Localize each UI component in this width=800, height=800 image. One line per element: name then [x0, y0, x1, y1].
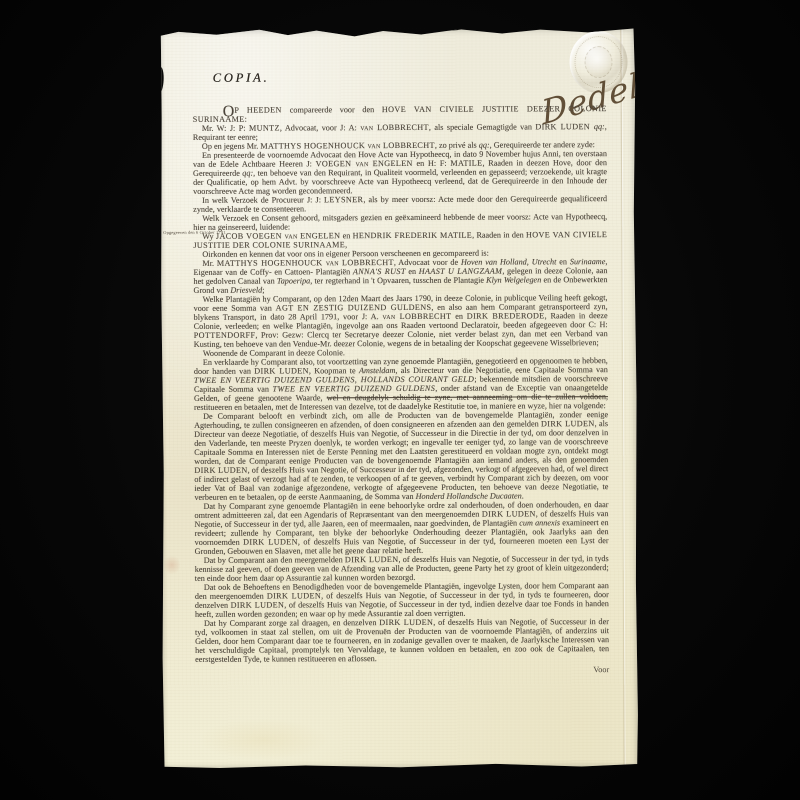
paragraph: In welk Verzoek de Procureur J: J: LEYSN…	[193, 194, 607, 214]
text-segment: MATTHYS HOGENHOUCK	[260, 141, 367, 150]
text-segment: DIRK LUDEN	[345, 555, 399, 564]
text-segment: , Koopman te	[309, 366, 359, 375]
text-segment: Mr. W: J: P:	[202, 124, 249, 133]
text-segment: DIRK LUDEN	[231, 601, 285, 610]
text-segment: Op en jegens Mr.	[202, 142, 260, 151]
text-segment: , ter regterhand in 't Opvaaren, tussche…	[310, 276, 486, 286]
text-segment: en	[406, 267, 419, 276]
paragraph: Mr. MATTHYS HOGENHOUCK van LOBBRECHT, Ad…	[193, 257, 607, 295]
text-segment: DIRK LUDEN	[535, 122, 594, 131]
text-segment: Amsteldam	[359, 366, 395, 375]
text-segment: , of deszelfs Huis van Negotie, of Succe…	[194, 464, 608, 502]
text-segment: van	[355, 159, 372, 168]
text-segment: Klyn Welgelegen	[486, 275, 541, 284]
text-segment: Hoven van Holland, Utrecht	[461, 257, 556, 266]
text-segment: cum annexis	[519, 518, 560, 527]
text-segment: LOBBRECHT	[400, 312, 452, 321]
text-segment: MUNTZ	[249, 124, 280, 133]
text-segment: compareerde voor den	[290, 105, 382, 114]
text-segment: DIRK LUDEN	[379, 618, 433, 627]
text-segment: HENDRIK FREDERIK MATILE	[353, 231, 473, 241]
text-segment: LOBBRECHT	[377, 123, 429, 132]
text-segment: LOBBRECHT	[342, 258, 394, 267]
text-segment: DIRK LUDEN	[541, 419, 595, 428]
text-segment: HAAST U LANGZAAM	[419, 267, 503, 276]
text-segment: Welk Verzoek en Consent gehoord, mitsgad…	[193, 212, 607, 232]
paper-stain	[198, 718, 328, 761]
paragraph: OP HEEDEN compareerde voor den HOVE VAN …	[193, 104, 607, 124]
text-segment: Honderd Hollandsche Ducaaten	[416, 491, 522, 500]
text-segment: van	[326, 258, 342, 267]
paragraph: Welk Verzoek en Consent gehoord, mitsgad…	[193, 212, 607, 232]
text-segment: en	[451, 312, 466, 321]
paragraph: En presenteerde de voornoemde Advocaat d…	[193, 149, 607, 196]
text-segment: LEYSNER	[324, 195, 363, 204]
text-segment: DIRK LUDEN	[194, 466, 247, 475]
paragraph: De Comparant belooft en verbindt zich, o…	[194, 410, 608, 502]
text-segment: Mr.	[202, 259, 217, 268]
text-segment: DIRK LUDEN	[482, 509, 536, 518]
text-segment: ENGELEN	[300, 231, 340, 240]
text-segment: POTTENDORFF	[194, 331, 256, 340]
text-segment: P HEEDEN	[234, 105, 290, 114]
text-segment: DIRK BREDERODE	[467, 311, 545, 320]
paragraph: En verklaarde hy Comparant also, tot voo…	[194, 356, 608, 412]
paragraph: Dat by Comparant aan den meergemelden DI…	[195, 554, 609, 583]
paragraph: Welke Plantagiën hy Comparant, op den 12…	[194, 293, 608, 349]
text-segment: JACOB VOEGEN	[216, 231, 285, 240]
paragraph: Wy JACOB VOEGEN van ENGELEN en HENDRIK F…	[193, 230, 607, 250]
paragraph: Dat ook de Behoeftens en Benodigdheden v…	[195, 581, 609, 619]
text-segment: ;	[262, 286, 264, 295]
text-segment: Driesveld	[230, 286, 262, 295]
photo-stage: COPIA. Dedel Opgegeeven den 6 October 17…	[0, 0, 800, 800]
text-segment: DIRK LUDEN	[243, 537, 298, 546]
text-segment: en	[556, 257, 570, 266]
paper-stain	[164, 554, 180, 576]
text-segment: van	[284, 231, 300, 240]
text-segment: en H: F:	[413, 159, 451, 168]
text-segment: DIRK LUDEN	[254, 366, 309, 375]
text-segment: , Advocaat voor de	[394, 258, 461, 267]
text-segment: van	[382, 312, 399, 321]
text-segment: , Gerequireerde ter andere zyde:	[490, 140, 595, 149]
text-segment: , Prov: Gezw: Clercq ter Secretarye deez…	[194, 329, 608, 349]
text-segment: en	[340, 231, 352, 240]
text-segment: , ten behoeve van den Requirant, in Qual…	[193, 167, 607, 196]
paragraph: Dat hy Comparant zorge zal draagen, en d…	[195, 617, 609, 664]
document-body: OP HEEDEN compareerde voor den HOVE VAN …	[193, 104, 609, 664]
paper-crease	[620, 27, 624, 767]
text-segment: van	[368, 141, 384, 150]
text-segment: VOEGEN	[316, 159, 356, 168]
text-segment: MATILE	[450, 159, 482, 168]
text-segment: MATTHYS HOGENHOUCK	[217, 258, 326, 267]
text-segment: , zo privé als	[435, 141, 479, 150]
text-segment: LOBBRECHT	[383, 141, 435, 150]
text-segment: qq:	[479, 141, 490, 150]
paper-tear	[156, 67, 164, 93]
text-segment: , Advocaat, voor J: A:	[280, 123, 360, 132]
text-segment: ENGELEN	[373, 159, 413, 168]
text-segment: DIRK LUDEN	[267, 591, 321, 600]
text-segment: van	[360, 123, 377, 132]
copia-label: COPIA.	[213, 71, 270, 86]
text-segment: , als speciale Gemagtigde van	[429, 122, 536, 131]
text-segment: .	[522, 491, 524, 500]
text-segment: , Raaden in den	[472, 230, 526, 239]
text-segment: Tapoeripa	[277, 276, 310, 285]
text-segment: ANNA'S RUST	[353, 267, 406, 276]
paragraph: Dat hy Comparant zyne genoemde Plantagië…	[194, 500, 608, 556]
paragraph: Mr. W: J: P: MUNTZ, Advocaat, voor J: A:…	[193, 122, 607, 142]
text-segment: qq:	[242, 169, 253, 178]
paper-tear	[421, 24, 467, 31]
text-segment: Wy	[202, 232, 216, 241]
paper-tear	[277, 25, 307, 33]
text-segment: qq:	[594, 122, 605, 131]
catchword: Voor	[593, 665, 609, 674]
paper-sheet: COPIA. Dedel Opgegeeven den 6 October 17…	[159, 27, 638, 769]
text-segment: Surinaame	[570, 257, 606, 266]
